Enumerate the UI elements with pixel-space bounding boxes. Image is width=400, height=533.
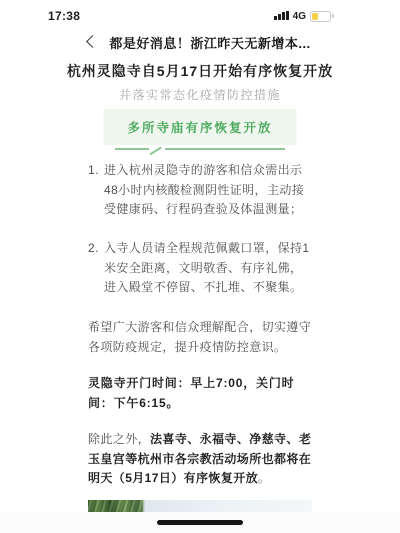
closing-prefix: 除此之外，	[88, 432, 150, 446]
article-paragraph: 希望广大游客和信众理解配合，切实遵守各项防疫规定，提升疫情防控意识。	[88, 318, 312, 357]
article-subtitle: 并落实常态化疫情防控措施	[40, 86, 360, 103]
closing-paragraph: 除此之外，法喜寺、永福寺、净慈寺、老玉皇宫等杭州市各宗教活动场所也都将在明天（5…	[88, 430, 312, 489]
page-title: 都是好消息！浙江昨天无新增本...	[60, 33, 360, 52]
list-item-1: 1. 进入杭州灵隐寺的游客和信众需出示48小时内核酸检测阴性证明，主动接受健康码…	[88, 161, 312, 220]
phone-screen: 17:38 4G 都是好消息！浙江昨天无新增本... 杭州灵隐寺自5月17日开始…	[0, 0, 400, 533]
slash-divider-icon	[115, 147, 285, 156]
article-title: 杭州灵隐寺自5月17日开始有序恢复开放	[40, 61, 360, 81]
closing-suffix: 。	[258, 471, 270, 485]
opening-hours-text: 灵隐寺开门时间：早上7:00，关门时间：下午6:15。	[88, 374, 312, 413]
status-bar: 17:38 4G	[0, 0, 400, 28]
cellular-signal-icon	[274, 12, 289, 21]
status-time: 17:38	[48, 9, 80, 23]
nav-bar: 都是好消息！浙江昨天无新增本...	[0, 28, 400, 54]
article-photo[interactable]	[88, 500, 312, 512]
bottom-bar	[0, 512, 400, 533]
network-type-label: 4G	[293, 11, 306, 22]
list-number: 2.	[88, 239, 99, 259]
battery-fill	[312, 13, 318, 20]
list-item-text: 入寺人员请全程规范佩戴口罩，保持1米安全距离，文明敬香、有序礼佛，进入殿堂不停留…	[104, 241, 309, 294]
battery-icon	[310, 11, 331, 22]
battery-nub	[332, 14, 334, 18]
status-icons: 4G	[274, 11, 334, 22]
list-item-2: 2. 入寺人员请全程规范佩戴口罩，保持1米安全距离，文明敬香、有序礼佛，进入殿堂…	[88, 239, 312, 298]
home-indicator[interactable]	[157, 520, 243, 525]
highlight-banner: 多所寺庙有序恢复开放	[103, 109, 296, 145]
list-item-text: 进入杭州灵隐寺的游客和信众需出示48小时内核酸检测阴性证明，主动接受健康码、行程…	[104, 163, 304, 216]
list-number: 1.	[88, 161, 99, 181]
